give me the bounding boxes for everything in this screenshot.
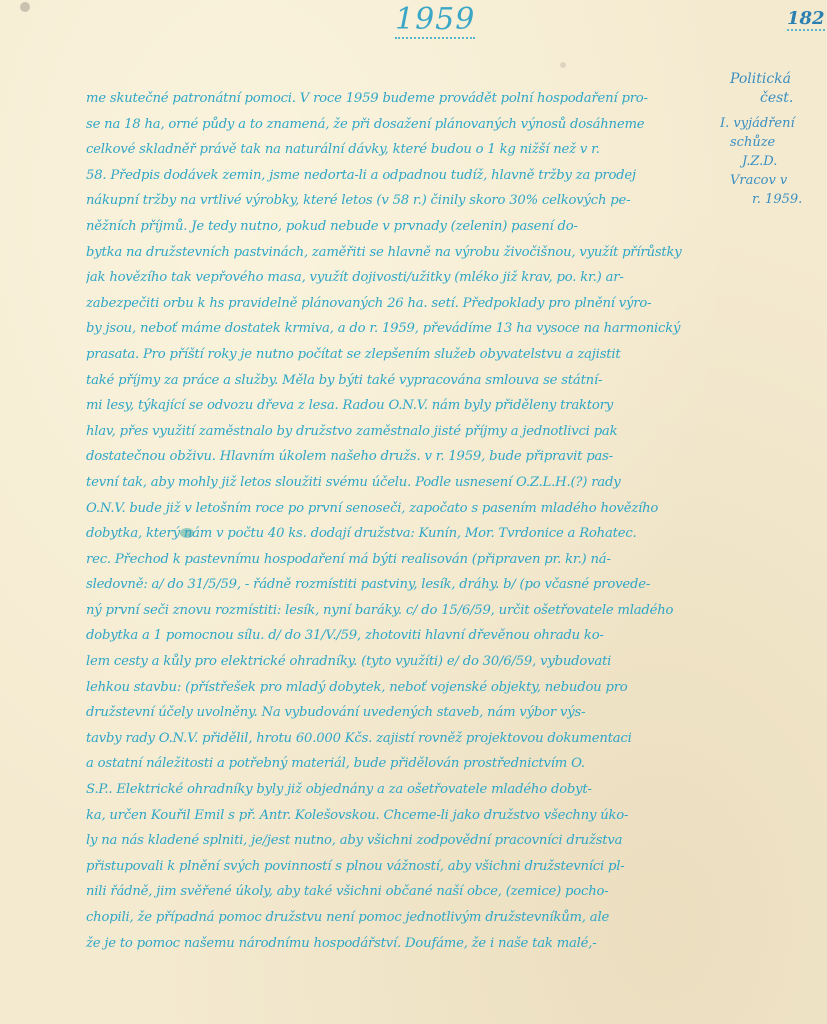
text-line: dobytka, který nám v počtu 40 ks. dodají…: [86, 521, 726, 547]
text-line: ný první seči znovu rozmístiti: lesík, n…: [86, 598, 726, 624]
text-line: me skutečné patronátní pomoci. V roce 19…: [86, 86, 726, 112]
text-line: prasata. Pro příští roky je nutno počíta…: [86, 342, 726, 368]
text-line: chopili, že případná pomoc družstvu není…: [86, 905, 726, 931]
text-line: jak hovězího tak vepřového masa, využít …: [86, 265, 726, 291]
paper-spot: [560, 62, 566, 68]
text-line: družstevní účely uvolněny. Na vybudování…: [86, 700, 726, 726]
text-line: lem cesty a kůly pro elektrické ohradník…: [86, 649, 726, 675]
handwritten-body: me skutečné patronátní pomoci. V roce 19…: [86, 86, 726, 956]
text-line: tevní tak, aby mohly již letos sloužiti …: [86, 470, 726, 496]
text-line: že je to pomoc našemu národnímu hospodář…: [86, 931, 726, 957]
text-line: by jsou, neboť máme dostatek krmiva, a d…: [86, 316, 726, 342]
text-line: lehkou stavbu: (přístřešek pro mladý dob…: [86, 675, 726, 701]
page-number: 182: [787, 8, 825, 31]
text-line: a ostatní náležitosti a potřebný materiá…: [86, 751, 726, 777]
text-line: nili řádně, jim svěřené úkoly, aby také …: [86, 879, 726, 905]
text-line: bytka na družstevních pastvinách, zaměři…: [86, 240, 726, 266]
year-heading: 1959: [395, 2, 475, 39]
text-line: se na 18 ha, orné půdy a to znamená, že …: [86, 112, 726, 138]
text-line: mi lesy, týkající se odvozu dřeva z lesa…: [86, 393, 726, 419]
text-line: ka, určen Kouřil Emil s př. Antr. Kolešo…: [86, 803, 726, 829]
text-line: celkové skladněř právě tak na naturální …: [86, 137, 726, 163]
text-line: ly na nás kladené splniti, je/jest nutno…: [86, 828, 726, 854]
text-line: dostatečnou obživu. Hlavním úkolem našeh…: [86, 444, 726, 470]
text-line: rec. Přechod k pastevnímu hospodaření má…: [86, 547, 726, 573]
text-line: přistupovali k plnění svých povinností s…: [86, 854, 726, 880]
text-line: dobytka a 1 pomocnou sílu. d/ do 31/V./5…: [86, 623, 726, 649]
text-line: také příjmy za práce a služby. Měla by b…: [86, 368, 726, 394]
paper-spot: [20, 2, 30, 12]
text-line: hlav, přes využití zaměstnalo by družstv…: [86, 419, 726, 445]
manuscript-page: 1959 182 Politická čest. I. vyjádření sc…: [0, 0, 827, 1024]
text-line: něžních příjmů. Je tedy nutno, pokud neb…: [86, 214, 726, 240]
text-line: tavby rady O.N.V. přidělil, hrotu 60.000…: [86, 726, 726, 752]
text-line: nákupní tržby na vrtlivé výrobky, které …: [86, 188, 726, 214]
text-line: 58. Předpis dodávek zemin, jsme nedorta-…: [86, 163, 726, 189]
text-line: O.N.V. bude již v letošním roce po první…: [86, 496, 726, 522]
text-line: zabezpečiti orbu k hs pravidelně plánova…: [86, 291, 726, 317]
text-line: S.P.. Elektrické ohradníky byly již obje…: [86, 777, 726, 803]
text-line: sledovně: a/ do 31/5/59, - řádně rozmíst…: [86, 572, 726, 598]
